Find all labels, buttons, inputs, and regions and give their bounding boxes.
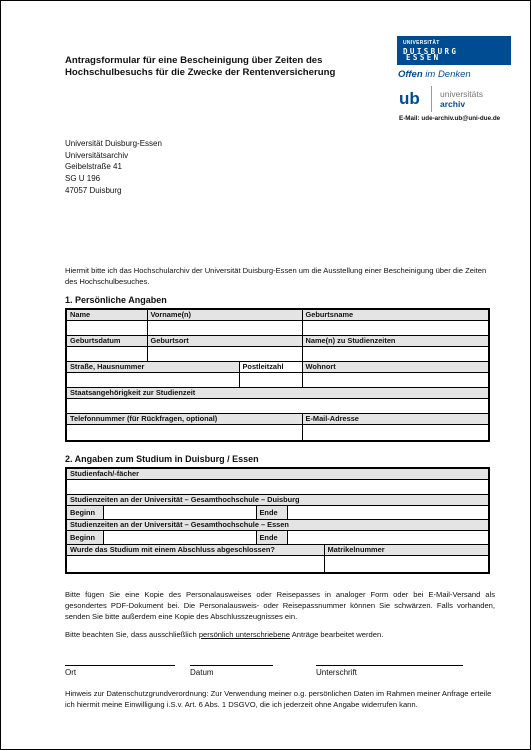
- archive-label-2: archiv: [440, 99, 465, 109]
- geburtsort-field[interactable]: [147, 347, 302, 362]
- label-zeiten-duisburg: Studienzeiten an der Universität – Gesam…: [66, 495, 489, 506]
- label-telefon: Telefonnummer (für Rückfragen, optional): [66, 414, 302, 425]
- logo-divider: [431, 86, 432, 112]
- ende-essen-field[interactable]: [287, 531, 489, 545]
- label-email: E-Mail-Adresse: [302, 414, 489, 425]
- beginn-duisburg-field[interactable]: [103, 506, 256, 520]
- label-datum: Datum: [190, 668, 214, 677]
- geburtsname-field[interactable]: [302, 321, 489, 336]
- slogan-rest: im Denken: [423, 69, 471, 80]
- section-1-heading: 1. Persönliche Angaben: [65, 295, 167, 305]
- address-line: 47057 Duisburg: [65, 185, 162, 197]
- studienfach-field[interactable]: [66, 480, 489, 495]
- label-abschluss: Wurde das Studium mit einem Abschluss ab…: [66, 545, 324, 556]
- label-ende-essen: Ende: [256, 531, 287, 545]
- label-wohnort: Wohnort: [302, 362, 489, 373]
- label-ort: Ort: [65, 668, 76, 677]
- address-line: SG U 196: [65, 173, 162, 185]
- vorname-field[interactable]: [147, 321, 302, 336]
- privacy-notice: Hinweis zur Datenschutzgrundverordnung: …: [65, 688, 495, 710]
- logo-essen: ESSEN: [406, 53, 441, 62]
- note-underlined: persönlich unterschriebene: [199, 630, 290, 639]
- page-title: Antragsformular für eine Bescheinigung ü…: [65, 55, 395, 79]
- label-staatsangehoerigkeit: Staatsangehörigkeit zur Studienzeit: [66, 388, 489, 399]
- unterschrift-line[interactable]: [316, 665, 463, 666]
- signature-note: Bitte beachten Sie, dass ausschließlich …: [65, 630, 383, 639]
- label-beginn-essen: Beginn: [66, 531, 103, 545]
- label-ende-duisburg: Ende: [256, 506, 287, 520]
- label-name: Name: [66, 309, 147, 321]
- contact-email[interactable]: E-Mail: ude-archiv.ub@uni-due.de: [399, 115, 500, 122]
- beginn-essen-field[interactable]: [103, 531, 256, 545]
- address-line: Geibelstraße 41: [65, 161, 162, 173]
- label-zeiten-essen: Studienzeiten an der Universität – Gesam…: [66, 520, 489, 531]
- slogan-bold: Offen: [398, 69, 423, 80]
- label-strasse: Straße, Hausnummer: [66, 362, 239, 373]
- slogan: Offen im Denken: [398, 69, 471, 80]
- section-2-heading: 2. Angaben zum Studium in Duisburg / Ess…: [65, 454, 259, 464]
- label-matrikel: Matrikelnummer: [324, 545, 489, 556]
- strasse-field[interactable]: [66, 373, 239, 388]
- abschluss-field[interactable]: [66, 556, 324, 574]
- note-pre: Bitte beachten Sie, dass ausschließlich: [65, 630, 199, 639]
- note-post: Anträge bearbeitet werden.: [290, 630, 383, 639]
- study-data-table: Studienfach/-fächer Studienzeiten an der…: [65, 467, 490, 574]
- university-logo: UNIVERSITÄT DUISBURG ESSEN: [397, 36, 511, 65]
- name-field[interactable]: [66, 321, 147, 336]
- ort-line[interactable]: [65, 665, 175, 666]
- archive-label-1: universitäts: [440, 89, 483, 99]
- label-geburtsort: Geburtsort: [147, 336, 302, 347]
- logo-universitaet: UNIVERSITÄT: [403, 40, 440, 46]
- personal-data-table: Name Vorname(n) Geburtsname Geburtsdatum…: [65, 308, 490, 442]
- address-line: Universität Duisburg-Essen: [65, 138, 162, 150]
- ub-logo-icon: ub: [399, 89, 420, 109]
- document-page: Antragsformular für eine Bescheinigung ü…: [0, 0, 531, 750]
- label-namen-studienzeit: Name(n) zu Studienzeiten: [302, 336, 489, 347]
- address-line: Universitätsarchiv: [65, 150, 162, 162]
- label-studienfach: Studienfach/-fächer: [66, 468, 489, 480]
- matrikel-field[interactable]: [324, 556, 489, 574]
- wohnort-field[interactable]: [302, 373, 489, 388]
- label-vorname: Vorname(n): [147, 309, 302, 321]
- label-unterschrift: Unterschrift: [316, 668, 357, 677]
- label-geburtsname: Geburtsname: [302, 309, 489, 321]
- label-plz: Postleitzahl: [239, 362, 302, 373]
- geburtsdatum-field[interactable]: [66, 347, 147, 362]
- intro-text: Hiermit bitte ich das Hochschularchiv de…: [65, 265, 495, 287]
- datum-line[interactable]: [190, 665, 273, 666]
- label-geburtsdatum: Geburtsdatum: [66, 336, 147, 347]
- title-line-1: Antragsformular für eine Bescheinigung ü…: [65, 55, 395, 67]
- label-beginn-duisburg: Beginn: [66, 506, 103, 520]
- copy-note: Bitte fügen Sie eine Kopie des Personala…: [65, 589, 495, 622]
- recipient-address: Universität Duisburg-Essen Universitätsa…: [65, 138, 162, 197]
- title-line-2: Hochschulbesuchs für die Zwecke der Rent…: [65, 67, 395, 79]
- email-field[interactable]: [302, 425, 489, 442]
- telefon-field[interactable]: [66, 425, 302, 442]
- namen-studienzeit-field[interactable]: [302, 347, 489, 362]
- staatsangehoerigkeit-field[interactable]: [66, 399, 489, 414]
- plz-field[interactable]: [239, 373, 302, 388]
- ende-duisburg-field[interactable]: [287, 506, 489, 520]
